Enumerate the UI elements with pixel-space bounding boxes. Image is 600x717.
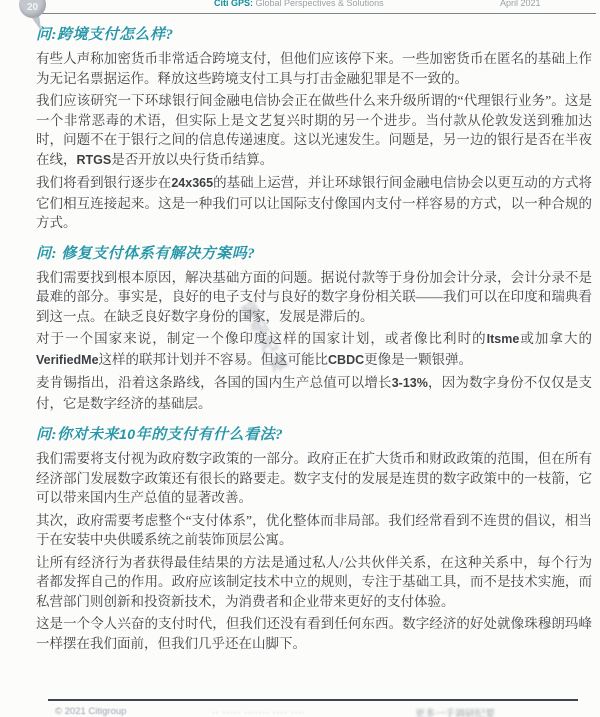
paragraph: 麦肯锡指出，沿着这条路线，各国的国内生产总值可以增长3-13%，因为数字身份不仅… bbox=[36, 373, 592, 413]
brand-suffix: Global Perspectives & Solutions bbox=[253, 0, 384, 8]
paragraph: 其次，政府需要考虑整个“支付体系”，优化整体而非局部。我们经常看到不连贯的倡议，… bbox=[36, 511, 592, 550]
article-body: 问:跨境支付怎么样? 有些人声称加密货币非常适合跨境支付，但他们应该停下来。一些… bbox=[36, 26, 592, 656]
question-heading: 问:你对未来10年的支付有什么看法? bbox=[36, 425, 592, 444]
qa-section-1: 问:跨境支付怎么样? 有些人声称加密货币非常适合跨境支付，但他们应该停下来。一些… bbox=[36, 26, 592, 233]
qa-section-2: 问: 修复支付体系有解决方案吗? 我们需要找到根本原因，解决基础方面的问题。据说… bbox=[36, 245, 592, 414]
paragraph: 让所有经济行为者获得最佳结果的方法是通过私人/公共伙伴关系，在这种关系中，每个行… bbox=[36, 553, 592, 612]
footer-copyright: © 2021 Citigroup bbox=[55, 706, 126, 717]
paragraph: 我们需要找到根本原因，解决基础方面的问题。据说付款等于身份加会计分录，会计分录不… bbox=[36, 268, 592, 327]
paragraph: 对于一个国家来说，制定一个像印度这样的国家计划，或者像比利时的Itsme或加拿大… bbox=[36, 329, 592, 370]
paragraph: 我们需要将支付视为政府数字政策的一部分。政府正在扩大货币和财政政策的范围，但在所… bbox=[36, 449, 592, 508]
question-heading: 问:跨境支付怎么样? bbox=[36, 26, 592, 44]
page-badge: 20 bbox=[19, 0, 46, 18]
qa-section-3: 问:你对未来10年的支付有什么看法? 我们需要将支付视为政府数字政策的一部分。政… bbox=[36, 425, 592, 653]
footer-note-middle: ·· ····· ······· ···· ···· bbox=[212, 708, 306, 717]
paragraph: 有些人声称加密货币非常适合跨境支付，但他们应该停下来。一些加密货币在匿名的基础上… bbox=[36, 49, 592, 88]
question-heading: 问: 修复支付体系有解决方案吗? bbox=[36, 245, 592, 263]
footer-note-right: 更多一手调研纪要 bbox=[415, 705, 495, 717]
paragraph: 我们应该研究一下环球银行间金融电信协会正在做些什么来升级所谓的“代理银行业务”。… bbox=[36, 91, 592, 170]
brand-name: Citi GPS: bbox=[214, 0, 253, 8]
header-rule bbox=[38, 13, 596, 14]
paragraph: 这是一个令人兴奋的支付时代，但我们还没有看到任何东西。数字经济的好处就像珠穆朗玛… bbox=[36, 614, 592, 653]
footer-rule bbox=[48, 699, 578, 701]
page-number: 20 bbox=[27, 2, 38, 13]
header-title: Citi GPS: Global Perspectives & Solution… bbox=[214, 0, 384, 8]
paragraph: 我们将看到银行逐步在24x365的基础上运营，并让环球银行间金融电信协会以更互动… bbox=[36, 173, 592, 233]
header-date: April 2021 bbox=[500, 0, 541, 8]
document-page: Citi GPS: Global Perspectives & Solution… bbox=[0, 0, 600, 717]
